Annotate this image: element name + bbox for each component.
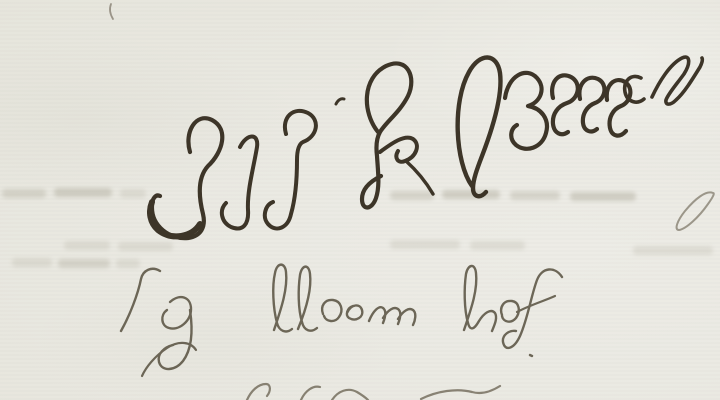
handwriting-layer xyxy=(0,0,720,400)
partial-stroke-3 xyxy=(332,390,368,400)
signature-h-j-r-bosch xyxy=(150,57,702,238)
letter-H-bottom-hook xyxy=(150,202,200,236)
letter-J-small xyxy=(121,269,160,331)
letter-b-small xyxy=(273,265,292,332)
letter-G-descender xyxy=(159,310,192,369)
letter-s-loop-3 xyxy=(607,80,631,135)
letter-h-small xyxy=(464,266,496,331)
letter-G-head xyxy=(162,297,191,328)
letter-H-stroke-2 xyxy=(222,137,257,229)
letter-h xyxy=(652,57,702,104)
manuscript-page: H J R Bosch J G bloem hof xyxy=(0,0,720,400)
letter-B-loop xyxy=(458,57,501,196)
ink-dot xyxy=(530,355,532,356)
letter-f-crossbar xyxy=(517,296,555,312)
signature-j-g-bloemhof xyxy=(121,265,562,376)
letter-f-small xyxy=(503,269,562,348)
ink-tick-before-R xyxy=(336,99,344,104)
letter-G-undercurl xyxy=(142,343,196,376)
letter-s-loop-2 xyxy=(579,78,604,132)
partial-stroke-4 xyxy=(421,386,500,399)
ink-tick-top xyxy=(110,4,113,19)
letter-s-loop-1 xyxy=(552,75,578,134)
letter-m-small xyxy=(369,307,415,325)
letter-B-bowls xyxy=(505,73,547,149)
letter-c xyxy=(625,76,644,102)
letter-R-head-stem xyxy=(362,63,411,207)
letter-H-stroke-1 xyxy=(152,118,222,238)
letter-l-small xyxy=(298,267,317,331)
letter-R-tail xyxy=(406,161,433,194)
letter-o-small xyxy=(322,300,341,321)
letter-e-small xyxy=(347,305,362,319)
partial-stroke-1 xyxy=(247,384,270,400)
partial-stroke-2 xyxy=(301,387,320,400)
ink-stroke-right-edge xyxy=(677,192,714,230)
letter-J xyxy=(265,111,316,229)
letter-o-small-2 xyxy=(501,301,519,322)
letter-R-leg xyxy=(380,138,417,162)
partial-signature-bottom xyxy=(247,384,500,400)
